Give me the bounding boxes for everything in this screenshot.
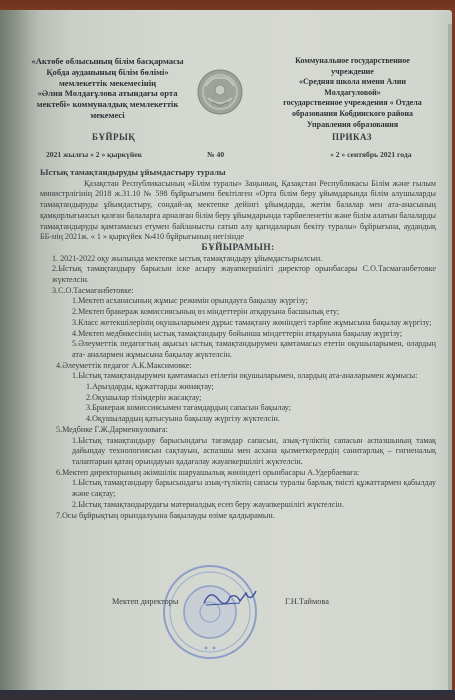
order-number: № 40	[207, 150, 224, 159]
signatory-title: Мектеп директоры	[112, 597, 179, 606]
signature-icon	[200, 587, 260, 611]
header-left-line: Қобда ауданының білім бөлімі»	[20, 67, 195, 78]
order-subitem: 1.Ыстық тамақтандыру барысындағы азық-тү…	[40, 478, 436, 499]
header-left-line: мекемесі	[20, 110, 195, 121]
header-kazakh-institution: «Актөбе облысының білім басқармасы Қобда…	[20, 56, 195, 121]
order-subitem: 2.Ыстық тамақтандырудағы материалдық есе…	[40, 500, 436, 511]
signatory-name: Г.Н.Таймова	[285, 597, 329, 606]
document-page: «Актөбе облысының білім басқармасы Қобда…	[0, 10, 452, 692]
order-item-3-head: 3.С.О.Тасмағанбетовке:	[40, 286, 436, 297]
official-stamp-icon	[160, 562, 260, 662]
header-left-line: «Әлия Молдағұлова атындағы орта	[20, 88, 195, 99]
header-right-line: государственное учреждения « Отдела	[270, 98, 435, 109]
order-subitem: 2.Оқушылар тізімдерін жасақтау;	[40, 393, 436, 404]
header-russian-institution: Коммунальное государственное учреждение …	[270, 56, 435, 130]
header-right-line: образования Кобдинского района	[270, 109, 435, 120]
header-right-line: Молдагуловой»	[270, 88, 435, 99]
date-russian: « 2 » сентябрь 2021 года	[330, 150, 412, 159]
order-subitem: 4.Оқушылардың қатысуына бақылау жүргізу …	[40, 414, 436, 425]
order-item-5-head: 5.Медбике Г.Ж.Дарменкуловаға:	[40, 425, 436, 436]
order-subitem: 2.Мектеп бракераж комиссиясының өз мінде…	[40, 307, 436, 318]
document-header: «Актөбе облысының білім басқармасы Қобда…	[0, 56, 452, 136]
order-subitem: 1.Мектеп асханасының жұмыс режимін орынд…	[40, 296, 436, 307]
order-item-6-head: 6.Мектеп директорының әкімшілік шаруашыл…	[40, 468, 436, 479]
order-item-7: 7.Осы бұйрықтың орындалуына бақылауды өз…	[40, 511, 436, 522]
header-right-line: Управления образования	[270, 120, 435, 131]
order-item-2: 2.Ыстық тамақтандыру барысын іске асыру …	[40, 264, 436, 285]
order-subitem: 3.Бракераж комиссиясымен тағамдардың сап…	[40, 403, 436, 414]
document-body: Ыстық тамақтандыруды ұйымдастыру туралы …	[40, 167, 436, 521]
header-right-line: учреждение	[270, 67, 435, 78]
background-surface-bottom	[0, 690, 455, 700]
state-emblem-icon	[196, 68, 244, 116]
date-kazakh: 2021 жылғы « 2 » қыркүйек	[46, 150, 142, 159]
order-subitem: 1.Арыздарды, құжаттарды жинақтау;	[40, 382, 436, 393]
header-left-line: «Актөбе облысының білім басқармасы	[20, 56, 195, 67]
order-subitem: 1.Ыстық тамақтандырумен қамтамасыз етіле…	[40, 371, 436, 382]
order-subitem: 5.Әлеуметтік педагогтың ақысыз ыстық там…	[40, 339, 436, 360]
doc-type-russian: ПРИКАЗ	[332, 132, 372, 142]
order-heading: БҰЙЫРАМЫН:	[40, 243, 436, 254]
header-right-line: «Средняя школа имени Алии	[270, 77, 435, 88]
header-left-line: мектебі» коммуналдық мемлекеттік	[20, 99, 195, 110]
document-title: Ыстық тамақтандыруды ұйымдастыру туралы	[40, 167, 436, 178]
order-item-1: 1. 2021-2022 оқу жылында мектепке ыстық …	[40, 254, 436, 265]
order-subitem: 4.Мектеп медбикесінің ыстық тамақтандыру…	[40, 329, 436, 340]
order-subitem: 1.Ыстық тамақтандыру барысындағы тағамда…	[40, 436, 436, 468]
order-item-4-head: 4.Әлеуметтік педагог А.К.Максимовке:	[40, 361, 436, 372]
header-right-line: Коммунальное государственное	[270, 56, 435, 67]
preamble: Қазақстан Республикасының «Білім туралы»…	[40, 179, 436, 243]
header-left-line: мемлекеттік мекемесінің	[20, 78, 195, 89]
doc-type-kazakh: БҰЙРЫҚ	[92, 132, 135, 142]
order-subitem: 3.Класс жетекшілерінің оқушыларымен дұры…	[40, 318, 436, 329]
